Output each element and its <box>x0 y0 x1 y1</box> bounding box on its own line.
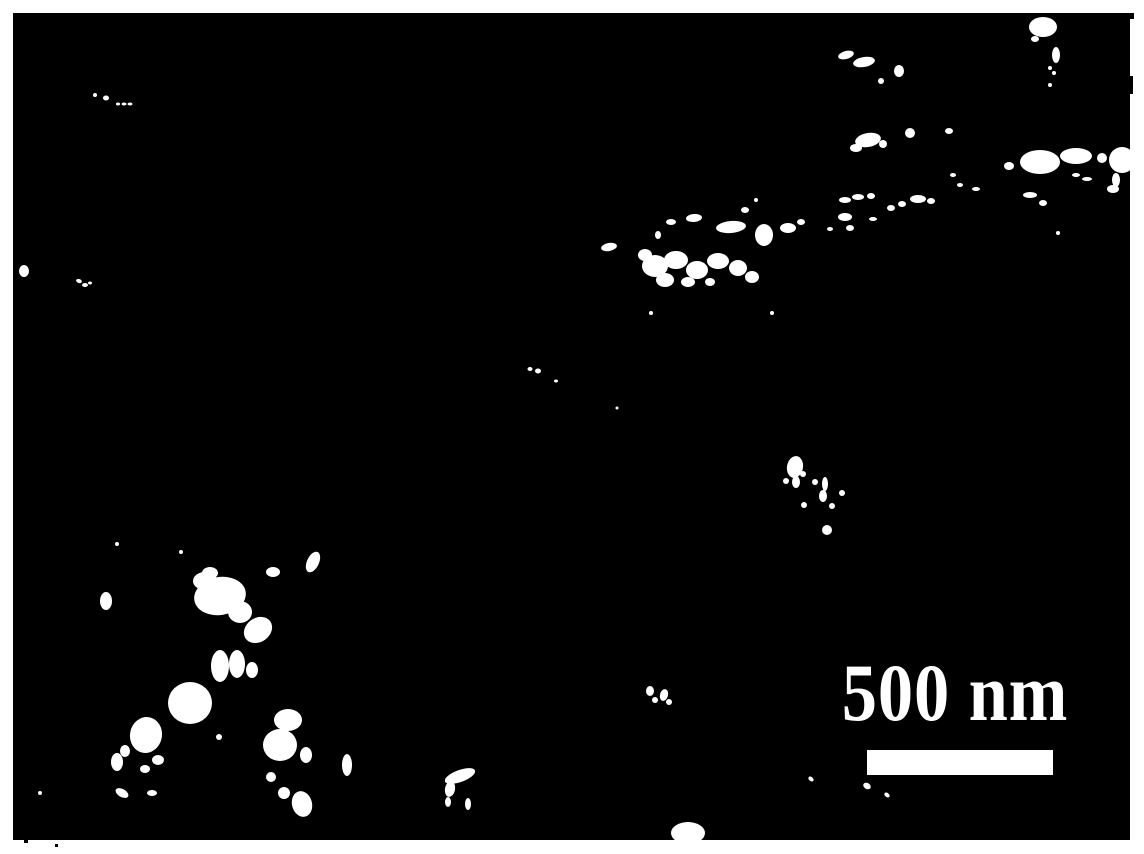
particle-blob <box>898 201 906 207</box>
particle-blob <box>1052 47 1060 63</box>
particle-blob <box>128 103 133 106</box>
particle-blob <box>1029 17 1057 37</box>
particle-blob <box>894 65 904 77</box>
particle-blob <box>729 260 747 276</box>
particle-blob <box>465 798 471 810</box>
particle-blob <box>745 271 759 283</box>
particle-blob <box>1048 83 1052 87</box>
particle-blob <box>839 490 845 496</box>
particle-blob <box>1031 36 1039 42</box>
particle-blob <box>115 542 119 546</box>
particle-blob <box>741 207 749 213</box>
particle-blob <box>1023 192 1037 198</box>
particle-blob <box>535 369 541 374</box>
particle-blob <box>838 213 852 221</box>
particle-blob <box>1097 153 1107 163</box>
particle-blob <box>681 277 695 287</box>
particle-blob <box>910 195 926 203</box>
particle-blob <box>179 550 183 554</box>
particle-blob <box>274 709 302 731</box>
particle-blob <box>783 478 789 484</box>
border-mark <box>1130 13 1134 19</box>
particle-blob <box>754 198 758 202</box>
particle-blob <box>216 734 222 740</box>
particle-blob <box>780 223 796 233</box>
particle-blob <box>120 745 130 757</box>
particle-blob <box>829 503 835 509</box>
particle-blob <box>666 219 676 225</box>
particle-blob <box>822 525 832 535</box>
scale-bar <box>867 750 1053 775</box>
particle-blob <box>846 225 854 231</box>
scale-bar-label: 500 nm <box>830 650 1079 736</box>
particle-blob <box>887 205 895 211</box>
particle-blob <box>905 128 915 138</box>
particle-blob <box>263 729 297 761</box>
particle-blob <box>100 592 112 610</box>
border-mark <box>24 840 28 843</box>
particle-blob <box>927 198 935 204</box>
particle-blob <box>342 754 352 776</box>
particle-blob <box>792 476 800 488</box>
particle-blob <box>705 278 715 286</box>
particle-blob <box>646 686 654 696</box>
particle-blob <box>116 103 120 106</box>
particle-blob <box>852 194 864 200</box>
particle-blob <box>822 477 828 491</box>
particle-blob <box>246 662 258 678</box>
particle-blob <box>652 697 658 703</box>
particle-blob <box>1109 147 1135 173</box>
particle-blob <box>300 747 312 763</box>
particle-blob <box>103 96 109 101</box>
particle-blob <box>19 265 29 277</box>
border-mark <box>1130 76 1133 94</box>
particle-blob <box>867 193 875 199</box>
particle-blob <box>229 650 245 678</box>
particle-blob <box>879 140 887 148</box>
particle-blob <box>1039 200 1047 206</box>
particle-blob <box>839 197 851 203</box>
particle-blob <box>957 183 963 187</box>
particle-blob <box>1052 71 1056 75</box>
particle-blob <box>152 755 164 765</box>
particle-blob <box>1056 231 1060 235</box>
particle-blob <box>88 282 92 285</box>
particle-blob <box>686 261 708 279</box>
particle-blob <box>878 78 884 84</box>
particle-blob <box>266 772 276 782</box>
particle-blob <box>1072 173 1080 177</box>
particle-blob <box>656 273 674 287</box>
particle-blob <box>1004 162 1014 170</box>
particle-blob <box>770 311 774 315</box>
particle-blob <box>616 407 619 410</box>
particle-blob <box>850 144 862 152</box>
particle-blob <box>869 217 877 221</box>
particle-blob <box>1048 66 1052 70</box>
particle-blob <box>1082 177 1092 181</box>
particle-blob <box>140 765 150 773</box>
particle-blob <box>950 173 956 177</box>
particle-blob <box>266 567 280 577</box>
particle-blob <box>193 572 217 590</box>
particle-blob <box>93 93 97 97</box>
particle-blob <box>649 311 653 315</box>
particle-blob <box>972 187 980 191</box>
particle-blob <box>445 797 451 807</box>
particle-blob <box>278 787 290 799</box>
border-mark <box>55 844 58 847</box>
particle-blob <box>1060 148 1092 164</box>
particle-blob <box>1112 173 1120 187</box>
particle-blob <box>707 253 729 269</box>
particle-blob <box>800 471 806 477</box>
particle-blob <box>755 224 773 246</box>
particle-blob <box>797 219 805 225</box>
particle-blob <box>111 753 123 771</box>
particle-blob <box>666 699 672 705</box>
particle-blob <box>827 227 833 231</box>
particle-blob <box>38 791 42 795</box>
particle-blob <box>228 601 252 623</box>
particle-blob <box>82 283 88 287</box>
particle-blob <box>945 128 953 134</box>
particle-blob <box>168 682 212 724</box>
particle-blob <box>211 650 229 682</box>
micrograph-page: 500 nm <box>0 0 1144 854</box>
particle-blob <box>554 380 558 383</box>
particle-blob <box>655 231 661 239</box>
particle-blob <box>528 367 533 371</box>
particle-blob <box>1020 150 1060 174</box>
particle-blob <box>812 479 818 485</box>
particle-blob <box>801 502 807 508</box>
particle-blob <box>671 822 705 844</box>
particle-blob <box>819 490 827 502</box>
particle-blob <box>664 251 688 269</box>
particle-blob <box>122 103 127 106</box>
particle-blob <box>147 790 157 796</box>
particle-blob <box>1107 185 1119 193</box>
